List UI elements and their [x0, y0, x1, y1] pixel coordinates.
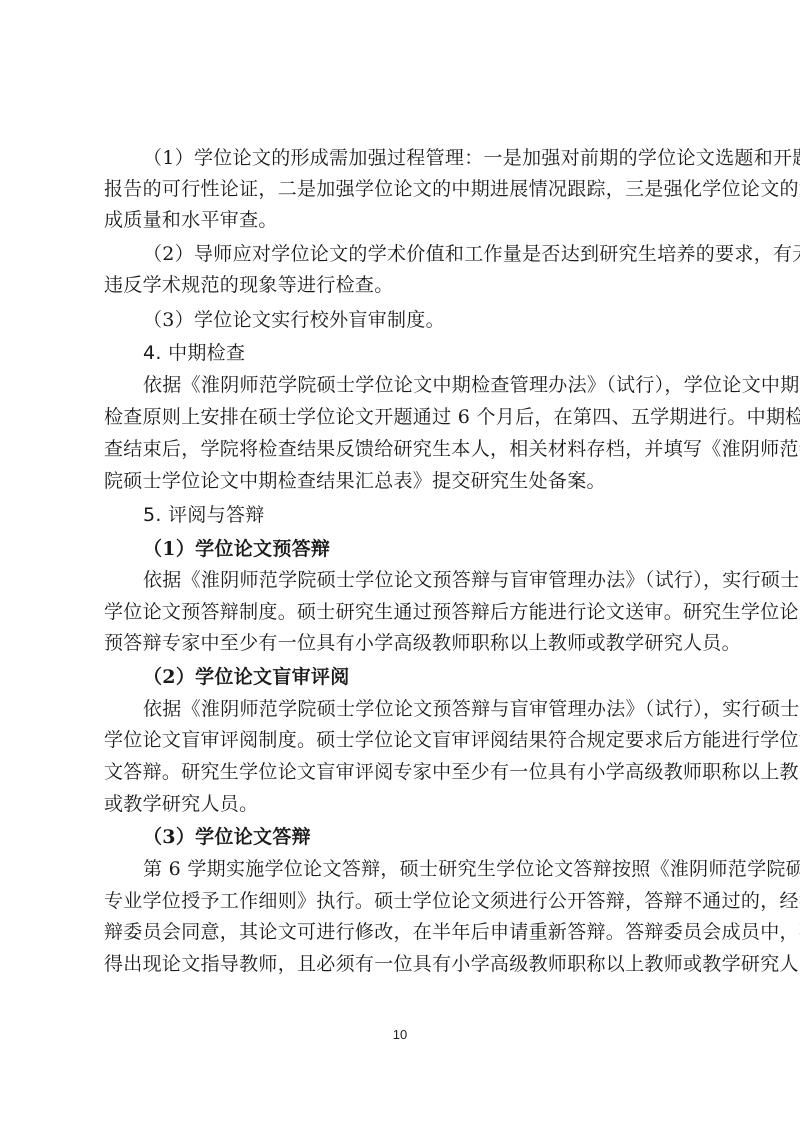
paragraph-line: 专业学位授予工作细则》执行。硕士学位论文须进行公开答辩，答辩不通过的，经答 — [104, 889, 700, 913]
paragraph-line: 得出现论文指导教师，且必须有一位具有小学高级教师职称以上教师或教学研究人员。 — [104, 952, 700, 976]
subsection-heading-defense: （3）学位论文答辩 — [143, 825, 700, 849]
paragraph-line: 依据《淮阴师范学院硕士学位论文中期检查管理办法》（试行），学位论文中期 — [143, 373, 700, 397]
paragraph-line: 依据《淮阴师范学院硕士学位论文预答辩与盲审管理办法》（试行），实行硕士 — [143, 697, 700, 721]
paragraph-line: 第 6 学期实施学位论文答辩，硕士研究生学位论文答辩按照《淮阴师范学院硕士 — [143, 857, 700, 881]
paragraph-line: 查结束后，学院将检查结果反馈给研究生本人，相关材料存档，并填写《淮阴师范学 — [104, 437, 700, 461]
subsection-heading-blind-review: （2）学位论文盲审评阅 — [143, 665, 700, 689]
paragraph-line: （1）学位论文的形成需加强过程管理：一是加强对前期的学位论文选题和开题 — [143, 146, 700, 170]
paragraph-line: 依据《淮阴师范学院硕士学位论文预答辩与盲审管理办法》（试行），实行硕士 — [143, 568, 700, 592]
page-number: 10 — [0, 1027, 800, 1042]
paragraph-line: 院硕士学位论文中期检查结果汇总表》提交研究生处备案。 — [104, 469, 700, 493]
paragraph-line: 报告的可行性论证，二是加强学位论文的中期进展情况跟踪，三是强化学位论文的完 — [104, 177, 700, 201]
document-page: （1）学位论文的形成需加强过程管理：一是加强对前期的学位论文选题和开题 报告的可… — [0, 0, 800, 1132]
paragraph-line: （2）导师应对学位论文的学术价值和工作量是否达到研究生培养的要求，有无 — [143, 242, 700, 266]
paragraph-line: 预答辩专家中至少有一位具有小学高级教师职称以上教师或教学研究人员。 — [104, 631, 700, 655]
paragraph-line: （3）学位论文实行校外盲审制度。 — [143, 308, 700, 332]
subsection-heading-pre-defense: （1）学位论文预答辩 — [143, 537, 700, 561]
paragraph-line: 违反学术规范的现象等进行检查。 — [104, 273, 700, 297]
paragraph-line: 或教学研究人员。 — [104, 792, 700, 816]
paragraph-line: 学位论文预答辩制度。硕士研究生通过预答辩后方能进行论文送审。研究生学位论文 — [104, 600, 700, 624]
paragraph-line: 成质量和水平审查。 — [104, 208, 700, 232]
paragraph-line: 检查原则上安排在硕士学位论文开题通过 6 个月后，在第四、五学期进行。中期检 — [104, 405, 700, 429]
paragraph-line: 辩委员会同意，其论文可进行修改，在半年后申请重新答辩。答辩委员会成员中，不 — [104, 920, 700, 944]
section-heading-review-defense: 5. 评阅与答辩 — [143, 503, 739, 527]
paragraph-line: 文答辩。研究生学位论文盲审评阅专家中至少有一位具有小学高级教师职称以上教师 — [104, 760, 700, 784]
paragraph-line: 学位论文盲审评阅制度。硕士学位论文盲审评阅结果符合规定要求后方能进行学位论 — [104, 728, 700, 752]
section-heading-midterm-check: 4. 中期检查 — [143, 341, 739, 365]
